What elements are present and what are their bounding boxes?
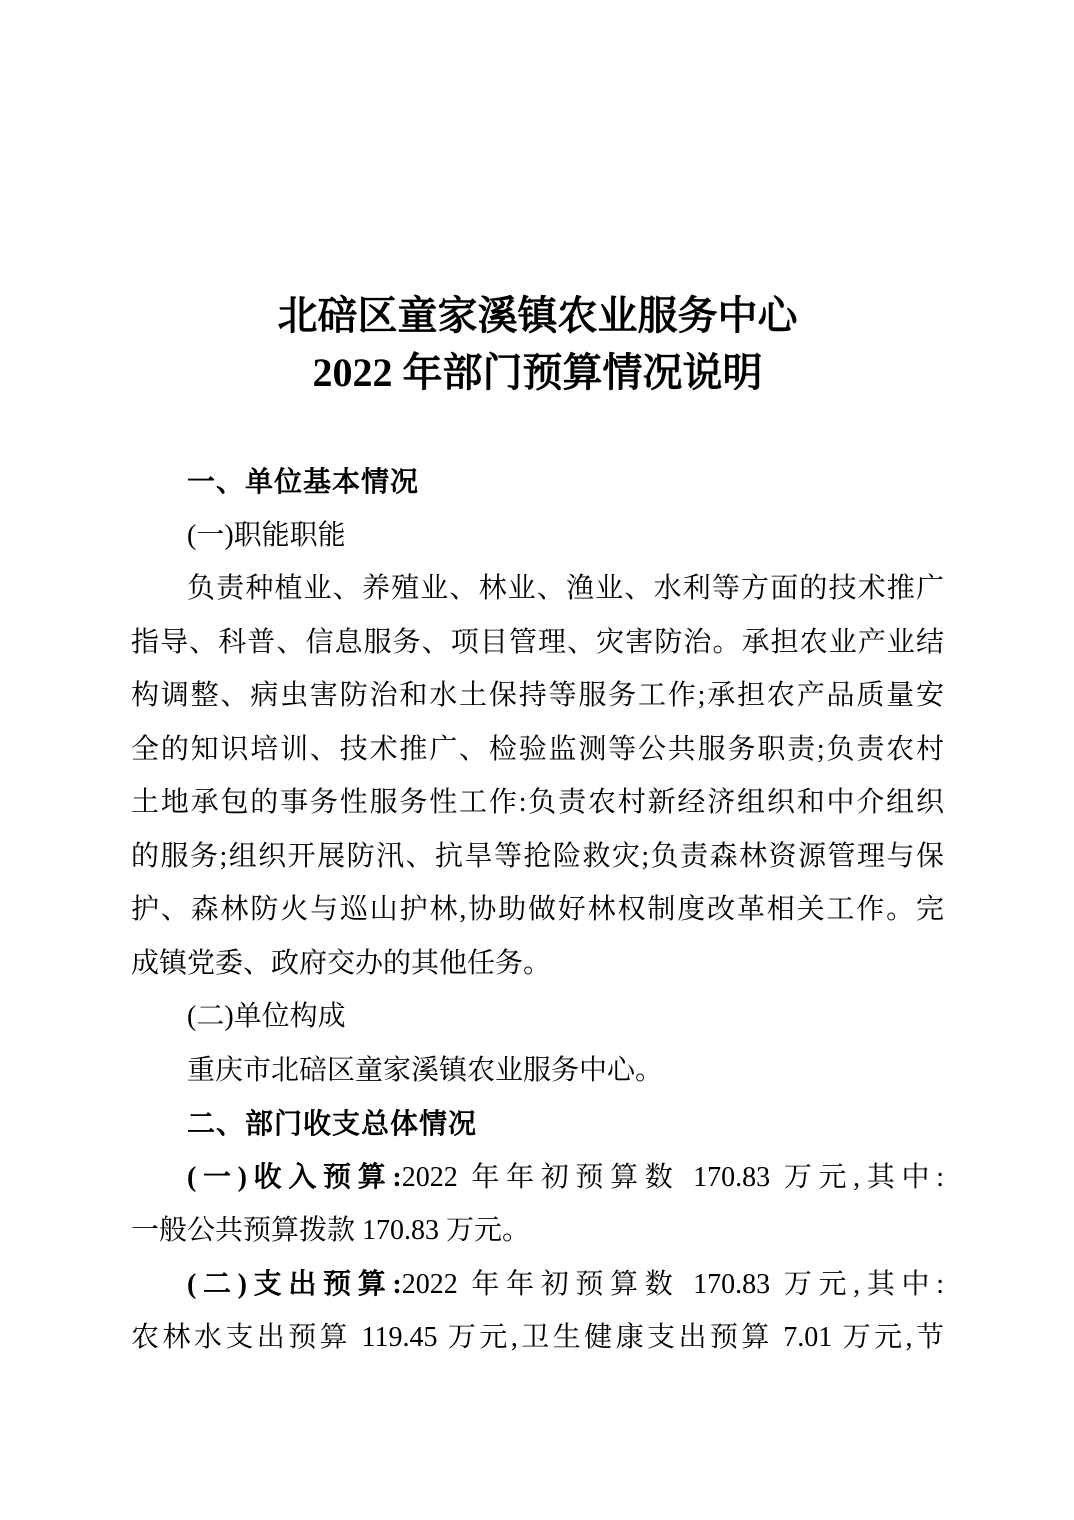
document-page: 北碚区童家溪镇农业服务中心 2022 年部门预算情况说明 一、单位基本情况 (一…: [0, 0, 1074, 1520]
para-income-line-1: (一)收入预算:2022 年年初预算数 170.83 万元,其中:: [131, 1151, 944, 1205]
para-functions-line: 负责种植业、养殖业、林业、渔业、水利等方面的技术推广: [131, 562, 944, 616]
document-body: 一、单位基本情况 (一)职能职能 负责种植业、养殖业、林业、渔业、水利等方面的技…: [131, 455, 944, 1365]
income-budget-text: 2022 年年初预算数 170.83 万元,其中:: [402, 1162, 944, 1193]
document-title-line-2: 2022 年部门预算情况说明: [131, 344, 944, 401]
income-budget-label: (一)收入预算:: [187, 1162, 402, 1193]
expense-budget-text: 2022 年年初预算数 170.83 万元,其中:: [402, 1269, 944, 1300]
para-functions-line: 指导、科普、信息服务、项目管理、灾害防治。承担农业产业结: [131, 616, 944, 670]
para-functions-line: 土地承包的事务性服务性工作:负责农村新经济组织和中介组织: [131, 776, 944, 830]
para-composition: 重庆市北碚区童家溪镇农业服务中心。: [131, 1044, 944, 1098]
para-functions-line: 成镇党委、政府交办的其他任务。: [131, 937, 944, 991]
para-functions-line: 的服务;组织开展防汛、抗旱等抢险救灾;负责森林资源管理与保: [131, 830, 944, 884]
expense-budget-label: (二)支出预算:: [187, 1269, 402, 1300]
section-heading-2: 二、部门收支总体情况: [131, 1097, 944, 1151]
para-income-line-2: 一般公共预算拨款 170.83 万元。: [131, 1204, 944, 1258]
para-expense-line-2: 农林水支出预算 119.45 万元,卫生健康支出预算 7.01 万元,节: [131, 1311, 944, 1365]
document-title-line-1: 北碚区童家溪镇农业服务中心: [131, 287, 944, 344]
subsection-heading-composition: (二)单位构成: [131, 990, 944, 1044]
para-expense-line-1: (二)支出预算:2022 年年初预算数 170.83 万元,其中:: [131, 1258, 944, 1312]
para-functions-line: 构调整、病虫害防治和水土保持等服务工作;承担农产品质量安: [131, 669, 944, 723]
document-content: 北碚区童家溪镇农业服务中心 2022 年部门预算情况说明 一、单位基本情况 (一…: [131, 287, 944, 1365]
para-functions-line: 全的知识培训、技术推广、检验监测等公共服务职责;负责农村: [131, 723, 944, 777]
document-title: 北碚区童家溪镇农业服务中心 2022 年部门预算情况说明: [131, 287, 944, 401]
subsection-heading-functions: (一)职能职能: [131, 509, 944, 563]
section-heading-1: 一、单位基本情况: [131, 455, 944, 509]
para-functions-line: 护、森林防火与巡山护林,协助做好林权制度改革相关工作。完: [131, 883, 944, 937]
